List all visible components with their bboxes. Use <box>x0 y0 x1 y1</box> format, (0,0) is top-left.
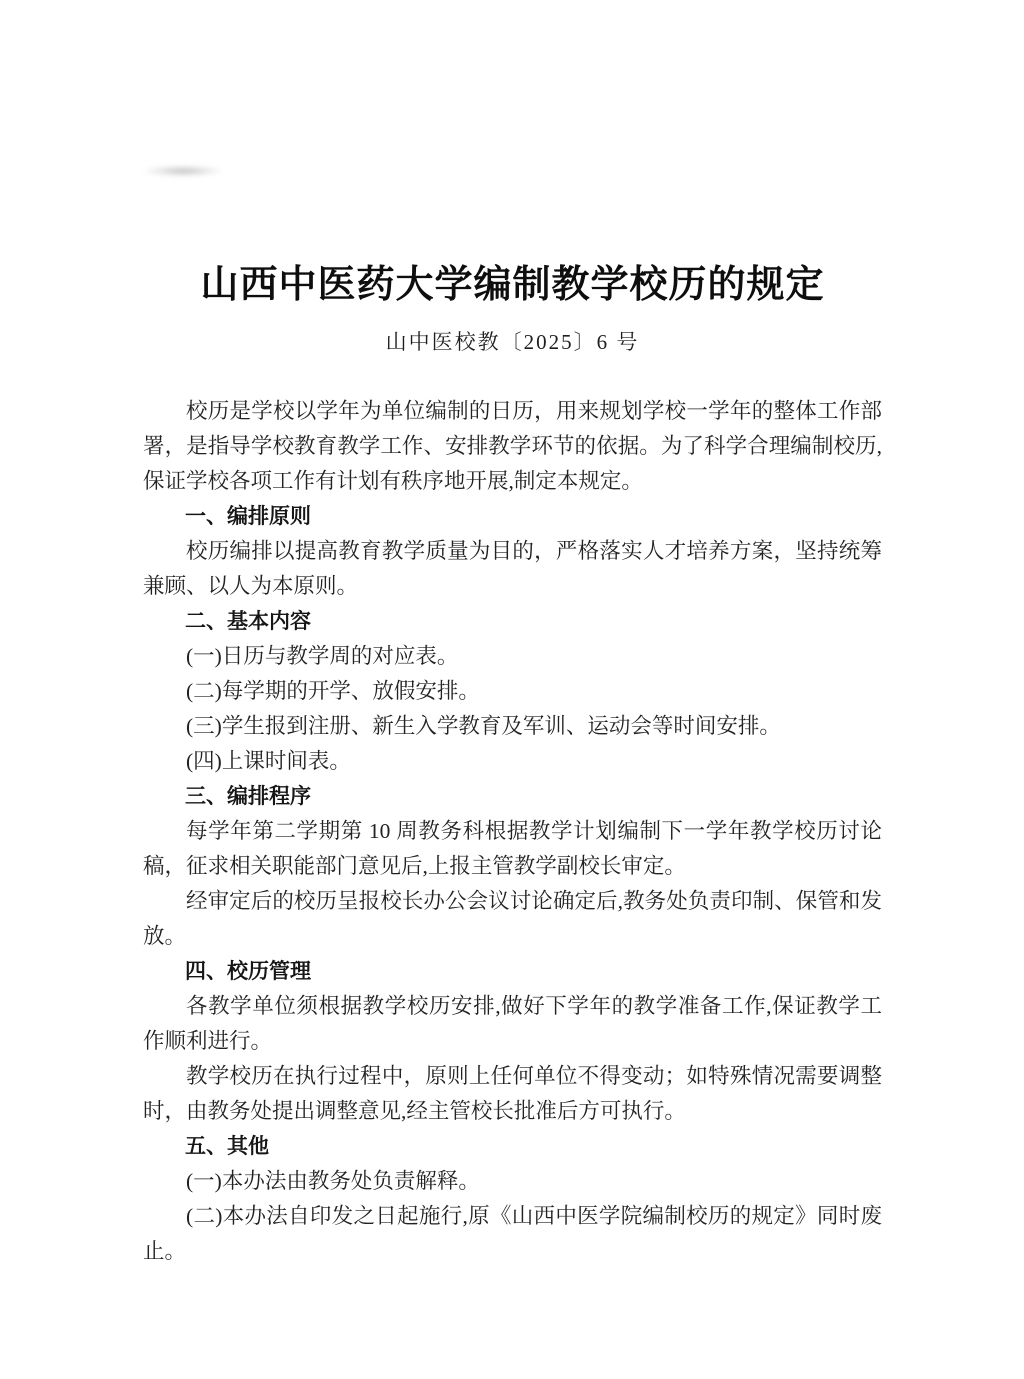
section-2-heading: 二、基本内容 <box>143 604 882 639</box>
section-2-item-3: (三)学生报到注册、新生入学教育及军训、运动会等时间安排。 <box>143 709 882 744</box>
document-page: 山西中医药大学编制教学校历的规定 山中医校教〔2025〕6 号 校历是学校以学年… <box>0 0 1024 1379</box>
scan-smudge-artifact <box>143 165 223 177</box>
document-number: 山中医校教〔2025〕6 号 <box>143 326 882 358</box>
section-2-item-2: (二)每学期的开学、放假安排。 <box>143 674 882 709</box>
section-3-heading: 三、编排程序 <box>143 779 882 814</box>
section-3-paragraph-1: 每学年第二学期第 10 周教务科根据教学计划编制下一学年教学校历讨论稿，征求相关… <box>143 814 882 884</box>
section-4-heading: 四、校历管理 <box>143 954 882 989</box>
section-1-paragraph: 校历编排以提高教育教学质量为目的，严格落实人才培养方案，坚持统筹兼顾、以人为本原… <box>143 534 882 604</box>
section-2-item-4: (四)上课时间表。 <box>143 744 882 779</box>
section-3-paragraph-2: 经审定后的校历呈报校长办公会议讨论确定后,教务处负责印制、保管和发放。 <box>143 884 882 954</box>
document-body-block: 山西中医药大学编制教学校历的规定 山中医校教〔2025〕6 号 校历是学校以学年… <box>143 256 882 1269</box>
section-5-item-1: (一)本办法由教务处负责解释。 <box>143 1164 882 1199</box>
section-1-heading: 一、编排原则 <box>143 499 882 534</box>
document-text: 校历是学校以学年为单位编制的日历，用来规划学校一学年的整体工作部署，是指导学校教… <box>143 394 882 1269</box>
document-title: 山西中医药大学编制教学校历的规定 <box>143 256 882 314</box>
section-4-paragraph-2: 教学校历在执行过程中，原则上任何单位不得变动；如特殊情况需要调整时，由教务处提出… <box>143 1059 882 1129</box>
section-5-item-2: (二)本办法自印发之日起施行,原《山西中医学院编制校历的规定》同时废止。 <box>143 1199 882 1269</box>
section-5-heading: 五、其他 <box>143 1129 882 1164</box>
section-2-item-1: (一)日历与教学周的对应表。 <box>143 639 882 674</box>
intro-paragraph: 校历是学校以学年为单位编制的日历，用来规划学校一学年的整体工作部署，是指导学校教… <box>143 394 882 499</box>
section-4-paragraph-1: 各教学单位须根据教学校历安排,做好下学年的教学准备工作,保证教学工作顺利进行。 <box>143 989 882 1059</box>
